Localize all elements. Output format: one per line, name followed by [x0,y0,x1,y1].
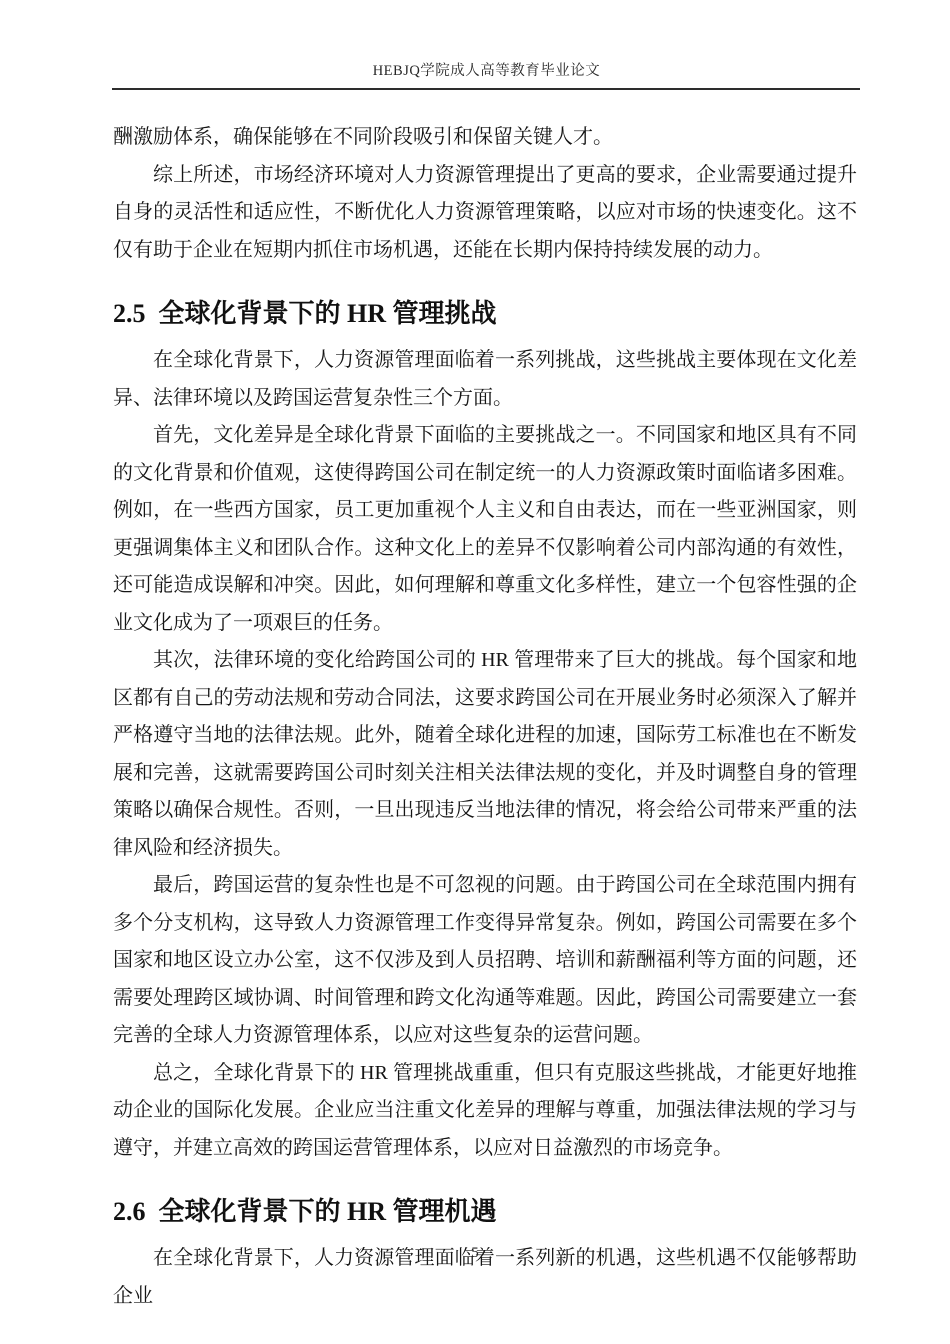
heading-number: 2.6 [113,1197,146,1226]
body-paragraph: 总之，全球化背景下的 HR 管理挑战重重，但只有克服这些挑战，才能更好地推动企业… [113,1055,857,1168]
body-paragraph: 综上所述，市场经济环境对人力资源管理提出了更高的要求，企业需要通过提升自身的灵活… [113,157,857,270]
section-heading: 2.6全球化背景下的 HR 管理机遇 [113,1196,857,1228]
body-paragraph: 在全球化背景下，人力资源管理面临着一系列挑战，这些挑战主要体现在文化差异、法律环… [113,342,857,417]
heading-title: 全球化背景下的 HR 管理挑战 [159,299,497,328]
heading-title: 全球化背景下的 HR 管理机遇 [159,1197,497,1226]
document-body: 酬激励体系，确保能够在不同阶段吸引和保留关键人才。综上所述，市场经济环境对人力资… [113,119,857,1315]
document-page: HEBJQ学院成人高等教育毕业论文 酬激励体系，确保能够在不同阶段吸引和保留关键… [0,0,950,1344]
page-number: 5 [0,1243,950,1263]
page-header-title: HEBJQ学院成人高等教育毕业论文 [113,61,860,81]
body-paragraph: 最后，跨国运营的复杂性也是不可忽视的问题。由于跨国公司在全球范围内拥有多个分支机… [113,867,857,1055]
continuation-paragraph: 酬激励体系，确保能够在不同阶段吸引和保留关键人才。 [113,119,857,157]
body-paragraph: 首先，文化差异是全球化背景下面临的主要挑战之一。不同国家和地区具有不同的文化背景… [113,417,857,642]
header-divider [112,88,860,90]
heading-number: 2.5 [113,299,146,328]
section-heading: 2.5全球化背景下的 HR 管理挑战 [113,298,857,330]
body-paragraph: 其次，法律环境的变化给跨国公司的 HR 管理带来了巨大的挑战。每个国家和地区都有… [113,642,857,867]
